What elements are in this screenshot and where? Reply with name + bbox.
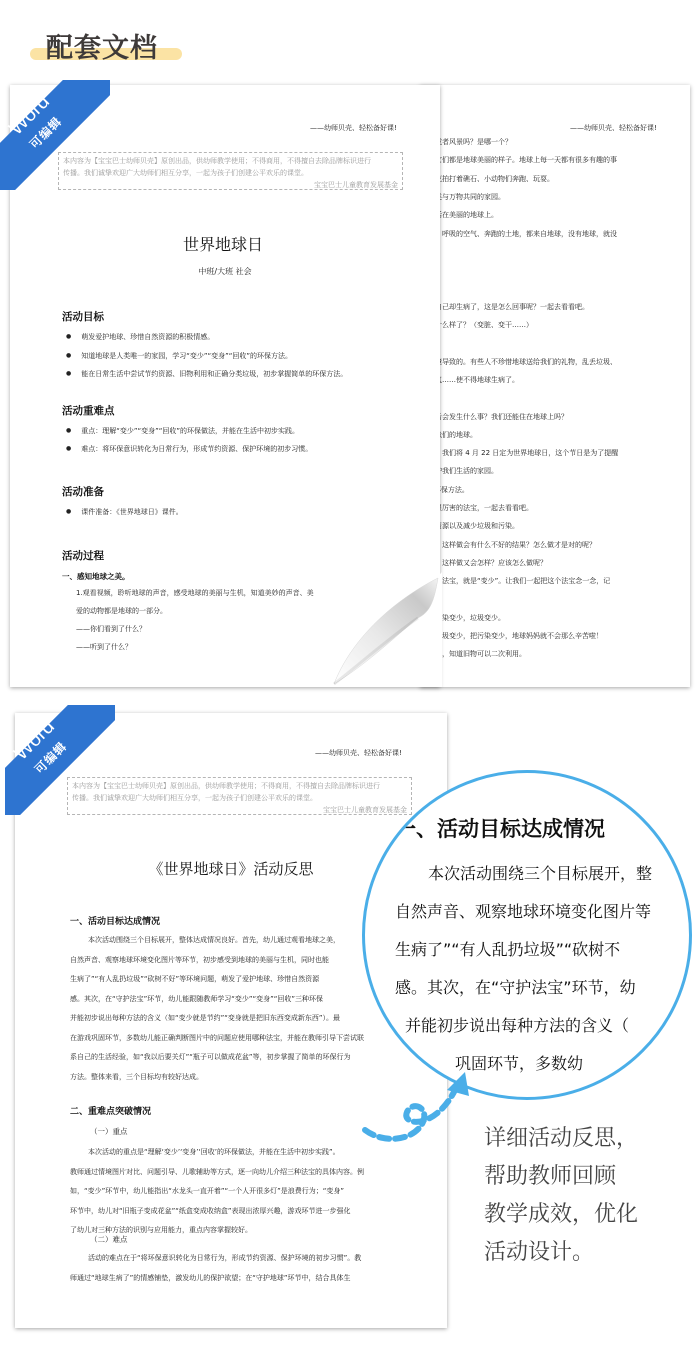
text-line: 本次活动的重点是“理解‘变少’‘变身’‘回收’的环保做法，并能在生活中初步实践”…	[88, 1147, 340, 1157]
text-line: 最后会发生什么事？我们还能住在地球上吗？	[428, 412, 568, 422]
process-text: 1.观看视频，聆听地球的声音，感受地球的美丽与生机，知道美妙的声音、美	[76, 588, 314, 598]
text-line: 自然声音、观察地球环境变化图片等环节，初步感受到地球的美丽与生机，同时也能	[70, 955, 329, 965]
reflection-sub-1: （一）重点	[90, 1126, 128, 1137]
text-line: 感。其次，在“守护法宝”环节，幼儿能跟随教师学习“变少”“变身”“回收”三种环保	[70, 994, 323, 1004]
text-line: 系自己的生活经验，如“我以后要关灯”“瓶子可以做成花盆”等，初步掌握了简单的环保…	[70, 1052, 351, 1062]
word-editable-badge: Word 可编辑	[5, 705, 115, 815]
notice-line: 本内容为【宝宝巴士幼师贝壳】原创出品，供幼师教学使用；不得商用，不得擅自去除品牌…	[63, 155, 398, 167]
text-line: 生病了”“有人乱扔垃圾”“砍树不好”等环境问题，萌发了爱护地球、珍惜自然资源	[70, 974, 319, 984]
reflection-heading-1: 一、活动目标达成情况	[70, 914, 160, 927]
magnifier-heading: 一、活动目标达成情况	[395, 813, 605, 843]
magnifier-line: 生病了”“有人乱扔垃圾”“砍树不	[395, 937, 620, 960]
magnifier-line: 感。其次，在“守护法宝”环节，幼	[395, 975, 636, 998]
text-line: 一个法宝，就是“变少”。让我们一起把这个法宝念一念，记	[428, 576, 610, 586]
doc-title: 世界地球日	[10, 232, 438, 255]
magnifier-line: 自然声音、观察地球环境变化图片等	[395, 899, 651, 922]
section-title-text: 配套文档	[46, 26, 158, 65]
notice-line: 传播。我们诚挚欢迎广大幼师们相互分享，一起为孩子们创建公平欢乐的课堂。	[63, 167, 398, 179]
goal-item: 能在日常生活中尝试节约资源、旧物利用和正确分类垃圾，初步掌握简单的环保方法。	[66, 369, 347, 379]
text-line: 把垃圾变少，把污染变少，地球妈妈就不会那么辛苦啦！	[428, 631, 603, 641]
doc-subtitle: 中班/大班 社会	[10, 266, 440, 277]
text-line: 活动的难点在于“将环保意识转化为日常行为，形成节约资源、保护环境的初步习惯”。教	[88, 1253, 361, 1263]
text-line: 在游戏巩固环节，多数幼儿能正确判断图片中的问题应使用哪种法宝，并能在教师引导下尝…	[70, 1033, 364, 1043]
caption-line: 详细活动反思，	[484, 1120, 638, 1158]
reflection-heading-2: 二、重难点突破情况	[70, 1104, 151, 1117]
notice-sign: 宝宝巴士儿童教育发展基金	[63, 179, 398, 191]
goal-item: 知道地球是人类唯一的家园，学习“变少”“变身”“回收”的环保方法。	[66, 351, 292, 361]
text-line: 如，“变少”环节中，幼儿能指出“水龙头一直开着”“一个人开很多灯”是浪费行为；“…	[70, 1186, 344, 1196]
text-line: 浪花拍打着礁石、小动物们奔跑、玩耍。	[428, 174, 554, 184]
section-title: 配套文档	[20, 20, 165, 64]
caption-line: 帮助教师回顾	[484, 1158, 638, 1196]
magnifier-zoom: 一、活动目标达成情况 本次活动围绕三个目标展开，整 自然声音、观察地球环境变化图…	[362, 770, 692, 1100]
caption-line: 教学成效，优化	[484, 1196, 638, 1234]
notice-line: 本内容为【宝宝巴士幼师贝壳】原创出品，供幼师教学使用；不得商用，不得擅自去除品牌…	[72, 780, 407, 792]
doc-page-2: ——幼师贝壳、轻松备好课! 物或者风景吗？是哪一个？评它们都是地球美丽的样子。地…	[420, 85, 690, 687]
text-line: 环节中，幼儿对“旧瓶子变成花盆”“纸盒变成收纳盒”表现出浓厚兴趣，游戏环节进一步…	[70, 1206, 351, 1216]
text-line: 它自己却生病了，这是怎么回事呢？一起去看看吧。	[428, 302, 589, 312]
heading-process: 活动过程	[62, 548, 104, 563]
text-line: 本次活动围绕三个目标展开，整体达成情况良好。首先，幼儿通过观看地球之美，	[88, 935, 340, 945]
heading-preparation: 活动准备	[62, 484, 104, 499]
text-line: 的资源以及减少垃圾和污染。	[428, 521, 519, 531]
text-line: 坏境导致的。有些人不珍惜地球送给我们的礼物，乱丢垃圾、	[428, 357, 617, 367]
text-line: 饭、呼吸的空气、奔跑的土地，都来自地球，没有地球，就没	[428, 229, 617, 239]
text-line: 评它们都是地球美丽的样子。地球上每一天都有很多有趣的事	[428, 155, 617, 165]
reflection-sub-2: （二）难点	[90, 1234, 128, 1245]
copyright-notice: 本内容为【宝宝巴士幼师贝壳】原创出品，供幼师教学使用；不得商用，不得擅自去除品牌…	[67, 777, 412, 815]
text-line: 个很厉害的法宝，一起去看看吧。	[428, 503, 533, 513]
text-line: 并能初步说出每种方法的含义（如“变少就是节约”“变身就是把旧东西变成新东西”）。…	[70, 1013, 340, 1023]
process-question: ——你们看到了什么？	[76, 624, 146, 634]
text-line: 教师通过情境图片对比、问题引导、儿歌辅助等方式，逐一向幼儿介绍三种法宝的具体内容…	[70, 1167, 364, 1177]
notice-sign: 宝宝巴士儿童教育发展基金	[72, 804, 407, 816]
preparation-item: 课件准备：《世界地球日》课件。	[66, 507, 183, 517]
magnifier-line: 本次活动围绕三个目标展开，整	[428, 861, 652, 884]
text-line: 物或者风景吗？是哪一个？	[428, 137, 512, 147]
dashed-arrow-icon	[355, 1060, 495, 1150]
slogan: ——幼师贝壳、轻松备好课!	[315, 748, 402, 758]
process-question: ——听到了什么？	[76, 642, 132, 652]
text-line: 方法。整体来看，三个目标均有较好达成。	[70, 1072, 203, 1082]
notice-line: 传播。我们诚挚欢迎广大幼师们相互分享，一起为孩子们创建公平欢乐的课堂。	[72, 792, 407, 804]
text-line: 成什么样了？（变脏、变干……）	[428, 320, 533, 330]
slogan: ——幼师贝壳、轻松备好课!	[570, 123, 657, 133]
text-line: 球，我们将 4 月 22 日定为世界地球日，这个节日是为了提醒	[428, 448, 618, 458]
heading-goals: 活动目标	[62, 309, 104, 324]
word-editable-badge: Word 可编辑	[0, 80, 110, 190]
text-line: 吗？这样做又会怎样？应该怎么做呢？	[428, 558, 547, 568]
page-curl-icon	[330, 572, 442, 687]
goal-item: 萌发爱护地球、珍惜自然资源的积极情感。	[66, 332, 214, 342]
process-step-1: 一、感知地球之美。	[62, 571, 130, 582]
caption-line: 活动设计。	[484, 1234, 638, 1272]
keypoint-item: 重点：理解“变少”“变身”“回收”的环保做法，并能在生活中初步实践。	[66, 426, 299, 436]
process-text: 爱的动物都是地球的一部分。	[76, 606, 167, 616]
keypoint-item: 难点：将环保意识转化为日常行为，形成节约资源、保护环境的初步习惯。	[66, 444, 312, 454]
magnifier-line: 并能初步说出每种方法的含义（	[405, 1013, 629, 1036]
text-line: 废气……使不得地球生病了。	[428, 375, 519, 385]
heading-keypoints: 活动重难点	[62, 403, 115, 418]
slogan: ——幼师贝壳、轻松备好课!	[310, 123, 397, 133]
feature-caption: 详细活动反思， 帮助教师回顾 教学成效，优化 活动设计。	[484, 1120, 638, 1272]
text-line: 师通过“地球生病了”的情感铺垫，激发幼儿的保护欲望；在“守护地球”环节中，结合具…	[70, 1273, 351, 1283]
text-line: 呢？这样做会有什么不好的结果？怎么做才是对的呢？	[428, 540, 596, 550]
text-line: 变身，知道旧物可以二次利用。	[428, 649, 526, 659]
